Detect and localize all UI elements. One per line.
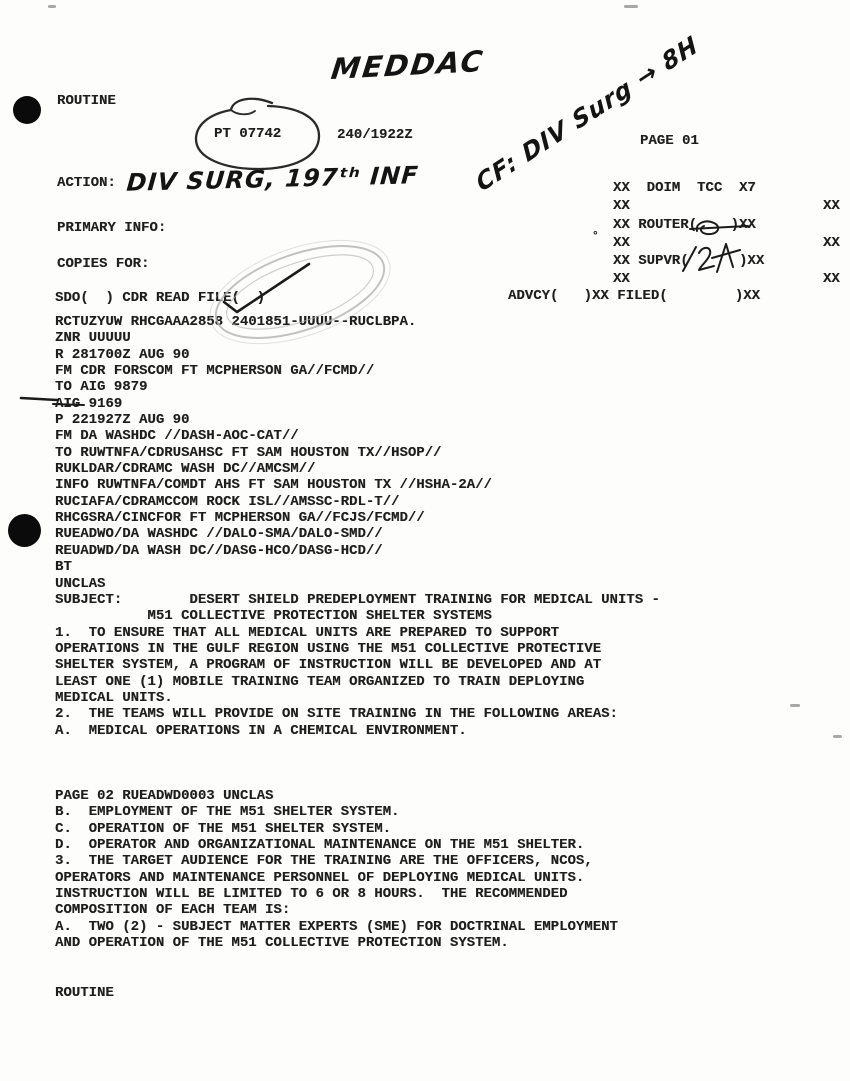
scan-artifact — [790, 704, 800, 707]
action-label: ACTION: — [57, 175, 116, 191]
message-body-text: RCTUZYUW RHCGAAA2858 2401851-UUUU--RUCLB… — [55, 314, 660, 951]
copies-for-label: COPIES FOR: — [57, 256, 149, 272]
routing-check-grid: XX DOIM TCC X7 XX XX XX ROUTER( )XX XX X… — [613, 179, 840, 289]
primary-info-label: PRIMARY INFO: — [57, 220, 166, 236]
advcy-filed-line: ADVCY( )XX FILED( )XX — [508, 288, 760, 304]
scan-artifact — [48, 5, 56, 8]
stray-degree-mark: ° — [592, 229, 599, 245]
precedence-label-bottom: ROUTINE — [55, 985, 114, 1001]
scan-artifact — [833, 735, 842, 738]
precedence-label-top: ROUTINE — [57, 93, 116, 109]
scan-artifact — [624, 5, 638, 8]
message-reference-number: PT 07742 — [214, 126, 281, 142]
sdo-cdr-read-file-line: SDO( ) CDR READ FILE( ) — [55, 290, 265, 306]
handwritten-action-addressee: DIV SURG, 197ᵗʰ INF — [126, 161, 420, 197]
hole-punch-middle — [8, 514, 41, 547]
hole-punch-top — [13, 96, 41, 124]
handwritten-cf-note: CF: DIV Surg → 8H — [472, 30, 702, 197]
date-time-group: 240/1922Z — [337, 127, 413, 143]
page-number-label: PAGE 01 — [640, 133, 699, 149]
scanned-message-page: ROUTINE PT 07742 240/1922Z PAGE 01 ACTIO… — [0, 0, 850, 1081]
handwritten-meddac-note: MEDDAC — [329, 44, 486, 86]
